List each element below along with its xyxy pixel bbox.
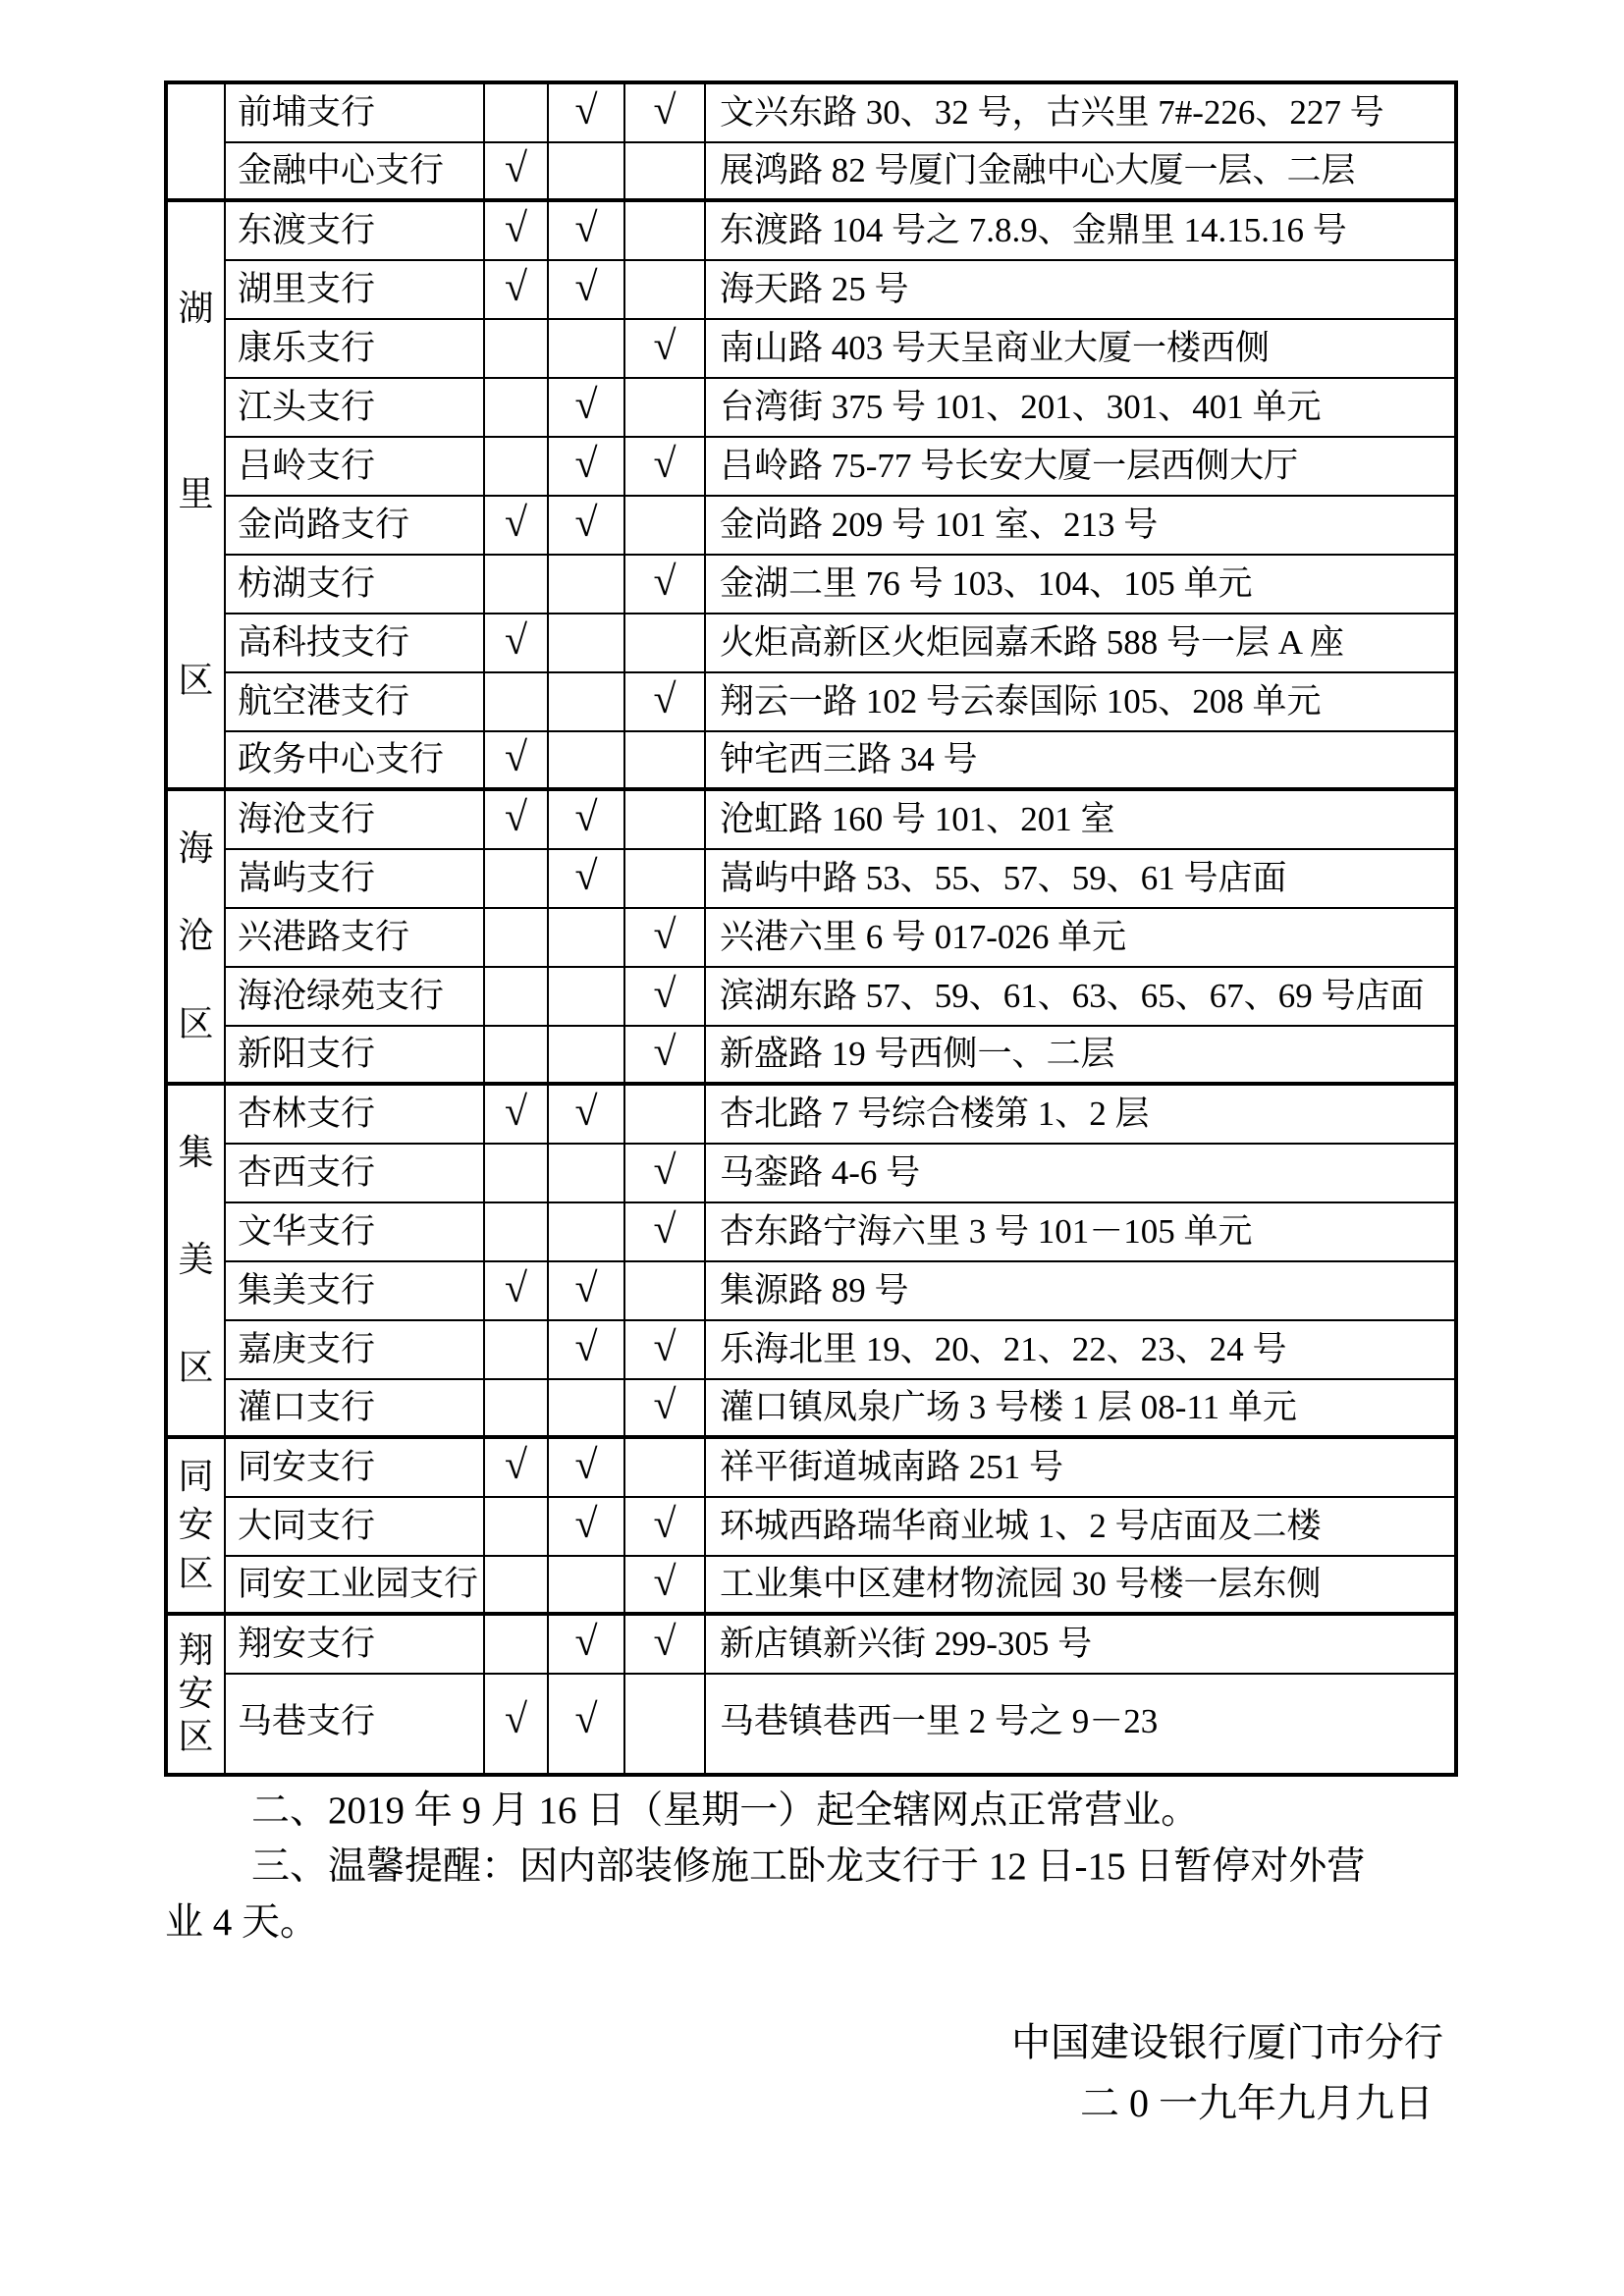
branch-name-cell: 灌口支行	[226, 1380, 485, 1439]
check-cell: √	[485, 1675, 549, 1773]
branch-name-cell: 马巷支行	[226, 1675, 485, 1773]
branch-name-cell: 文华支行	[226, 1203, 485, 1262]
branch-address-cell: 海天路 25 号	[706, 261, 1454, 320]
check-cell: √	[625, 1203, 706, 1262]
check-cell: √	[549, 850, 625, 909]
branch-name-cell: 湖里支行	[226, 261, 485, 320]
check-cell	[549, 320, 625, 379]
branch-name-cell: 同安工业园支行	[226, 1557, 485, 1616]
district-cell-jimei: 集 美 区	[168, 1086, 226, 1439]
check-cell	[485, 1145, 549, 1203]
district-char: 湖	[178, 289, 213, 329]
branch-address-cell: 祥平街道城南路 251 号	[706, 1439, 1454, 1498]
district-char: 区	[178, 1554, 213, 1594]
check-cell	[485, 556, 549, 614]
check-cell: √	[485, 202, 549, 261]
district-char: 安	[178, 1505, 213, 1545]
check-cell	[625, 1262, 706, 1321]
branch-address-cell: 文兴东路 30、32 号，古兴里 7#-226、227 号	[706, 84, 1454, 143]
branch-name-cell: 兴港路支行	[226, 909, 485, 968]
district-char: 区	[178, 661, 213, 701]
check-cell: √	[549, 1262, 625, 1321]
branch-address-cell: 兴港六里 6 号 017-026 单元	[706, 909, 1454, 968]
check-cell: √	[485, 497, 549, 556]
check-cell: √	[625, 673, 706, 732]
check-cell	[485, 673, 549, 732]
check-cell	[485, 1498, 549, 1557]
branch-name-cell: 枋湖支行	[226, 556, 485, 614]
check-cell	[549, 614, 625, 673]
branch-address-cell: 集源路 89 号	[706, 1262, 1454, 1321]
check-cell: √	[625, 438, 706, 497]
branch-address-cell: 环城西路瑞华商业城 1、2 号店面及二楼	[706, 1498, 1454, 1557]
note-3-line2: 业 4 天。	[165, 1895, 1461, 1950]
branch-address-cell: 马巷镇巷西一里 2 号之 9－23	[706, 1675, 1454, 1773]
check-cell: √	[625, 1557, 706, 1616]
check-cell	[549, 909, 625, 968]
check-cell	[485, 84, 549, 143]
district-char: 集	[178, 1133, 213, 1173]
check-cell	[549, 1380, 625, 1439]
branch-address-cell: 吕岭路 75-77 号长安大厦一层西侧大厅	[706, 438, 1454, 497]
notes-section: 二、2019 年 9 月 16 日（星期一）起全辖网点正常营业。 三、温馨提醒：…	[165, 1783, 1461, 1950]
check-cell	[549, 1027, 625, 1086]
check-cell: √	[625, 909, 706, 968]
signature-org: 中国建设银行厦门市分行	[1011, 2012, 1443, 2073]
check-cell	[549, 673, 625, 732]
branch-address-cell: 台湾街 375 号 101、201、301、401 单元	[706, 379, 1454, 438]
district-cell-empty	[168, 84, 226, 202]
branch-address-cell: 马銮路 4-6 号	[706, 1145, 1454, 1203]
check-cell: √	[485, 143, 549, 202]
district-char: 翔	[178, 1630, 213, 1671]
check-cell	[549, 732, 625, 791]
check-cell: √	[485, 261, 549, 320]
check-cell: √	[549, 1675, 625, 1773]
branch-address-cell: 沧虹路 160 号 101、201 室	[706, 791, 1454, 850]
district-char: 美	[178, 1240, 213, 1280]
branch-name-cell: 金融中心支行	[226, 143, 485, 202]
district-cell-xiangan: 翔 安 区	[168, 1616, 226, 1773]
branch-table: 湖 里 区 海 沧 区 集 美 区 同 安 区 翔 安 区 前埔支行 √ √ 文…	[164, 80, 1458, 1777]
note-2: 二、2019 年 9 月 16 日（星期一）起全辖网点正常营业。	[165, 1783, 1461, 1839]
check-cell	[625, 202, 706, 261]
district-char: 里	[178, 474, 213, 514]
check-cell	[625, 850, 706, 909]
district-cell-haicang: 海 沧 区	[168, 791, 226, 1086]
check-cell	[625, 1439, 706, 1498]
check-cell	[485, 1380, 549, 1439]
check-cell: √	[485, 1439, 549, 1498]
check-cell: √	[549, 1498, 625, 1557]
branch-name-cell: 高科技支行	[226, 614, 485, 673]
check-cell: √	[485, 614, 549, 673]
branch-address-cell: 嵩屿中路 53、55、57、59、61 号店面	[706, 850, 1454, 909]
check-cell	[625, 1675, 706, 1773]
district-char: 区	[178, 1004, 213, 1044]
branch-address-cell: 灌口镇凤泉广场 3 号楼 1 层 08-11 单元	[706, 1380, 1454, 1439]
branch-address-cell: 滨湖东路 57、59、61、63、65、67、69 号店面	[706, 968, 1454, 1027]
check-cell	[485, 968, 549, 1027]
check-cell: √	[549, 1439, 625, 1498]
branch-name-cell: 海沧支行	[226, 791, 485, 850]
branch-name-cell: 同安支行	[226, 1439, 485, 1498]
check-cell	[625, 261, 706, 320]
branch-name-cell: 金尚路支行	[226, 497, 485, 556]
branch-address-cell: 南山路 403 号天呈商业大厦一楼西侧	[706, 320, 1454, 379]
check-cell: √	[485, 791, 549, 850]
check-cell: √	[549, 791, 625, 850]
branch-name-cell: 航空港支行	[226, 673, 485, 732]
branch-name-cell: 海沧绿苑支行	[226, 968, 485, 1027]
branch-address-cell: 杏东路宁海六里 3 号 101－105 单元	[706, 1203, 1454, 1262]
check-cell: √	[625, 320, 706, 379]
branch-name-cell: 新阳支行	[226, 1027, 485, 1086]
check-cell	[625, 1086, 706, 1145]
check-cell	[549, 1557, 625, 1616]
check-cell: √	[485, 732, 549, 791]
check-cell	[625, 497, 706, 556]
check-cell	[625, 732, 706, 791]
branch-address-cell: 展鸿路 82 号厦门金融中心大厦一层、二层	[706, 143, 1454, 202]
district-cell-huli: 湖 里 区	[168, 202, 226, 791]
check-cell: √	[625, 968, 706, 1027]
check-cell	[625, 614, 706, 673]
check-cell: √	[625, 1498, 706, 1557]
branch-address-cell: 金尚路 209 号 101 室、213 号	[706, 497, 1454, 556]
check-cell: √	[549, 438, 625, 497]
check-cell: √	[485, 1086, 549, 1145]
branch-address-cell: 金湖二里 76 号 103、104、105 单元	[706, 556, 1454, 614]
check-cell: √	[549, 1086, 625, 1145]
check-cell: √	[549, 261, 625, 320]
check-cell	[485, 438, 549, 497]
check-cell	[485, 909, 549, 968]
check-cell	[485, 850, 549, 909]
signature-block: 中国建设银行厦门市分行 二 0 一九年九月九日	[1011, 2012, 1443, 2134]
check-cell	[625, 791, 706, 850]
check-cell: √	[549, 84, 625, 143]
branch-address-cell: 新盛路 19 号西侧一、二层	[706, 1027, 1454, 1086]
branch-name-cell: 前埔支行	[226, 84, 485, 143]
district-char: 同	[178, 1457, 213, 1497]
district-char: 海	[178, 828, 213, 869]
branch-address-cell: 钟宅西三路 34 号	[706, 732, 1454, 791]
branch-name-cell: 杏西支行	[226, 1145, 485, 1203]
check-cell: √	[549, 202, 625, 261]
check-cell: √	[549, 1616, 625, 1675]
check-cell	[485, 1321, 549, 1380]
check-cell	[485, 320, 549, 379]
check-cell: √	[625, 1616, 706, 1675]
check-cell	[485, 1557, 549, 1616]
check-cell: √	[625, 84, 706, 143]
branch-address-cell: 杏北路 7 号综合楼第 1、2 层	[706, 1086, 1454, 1145]
district-char: 安	[178, 1674, 213, 1714]
check-cell	[485, 379, 549, 438]
branch-name-cell: 翔安支行	[226, 1616, 485, 1675]
check-cell	[625, 143, 706, 202]
check-cell	[549, 1203, 625, 1262]
district-char: 区	[178, 1717, 213, 1757]
branch-name-cell: 嵩屿支行	[226, 850, 485, 909]
signature-date: 二 0 一九年九月九日	[1011, 2073, 1443, 2134]
check-cell: √	[625, 1321, 706, 1380]
check-cell	[485, 1616, 549, 1675]
branch-name-cell: 集美支行	[226, 1262, 485, 1321]
check-cell	[549, 1145, 625, 1203]
district-char: 沧	[178, 916, 213, 956]
branch-address-cell: 东渡路 104 号之 7.8.9、金鼎里 14.15.16 号	[706, 202, 1454, 261]
check-cell: √	[549, 379, 625, 438]
branch-address-cell: 翔云一路 102 号云泰国际 105、208 单元	[706, 673, 1454, 732]
check-cell	[549, 143, 625, 202]
check-cell: √	[485, 1262, 549, 1321]
branch-name-cell: 康乐支行	[226, 320, 485, 379]
branch-address-cell: 工业集中区建材物流园 30 号楼一层东侧	[706, 1557, 1454, 1616]
check-cell: √	[625, 1380, 706, 1439]
check-cell: √	[625, 556, 706, 614]
note-3-line1: 三、温馨提醒：因内部装修施工卧龙支行于 12 日-15 日暂停对外营	[165, 1839, 1461, 1895]
check-cell	[549, 556, 625, 614]
district-cell-tongan: 同 安 区	[168, 1439, 226, 1616]
branch-name-cell: 江头支行	[226, 379, 485, 438]
branch-address-cell: 火炬高新区火炬园嘉禾路 588 号一层 A 座	[706, 614, 1454, 673]
branch-name-cell: 东渡支行	[226, 202, 485, 261]
branch-name-cell: 杏林支行	[226, 1086, 485, 1145]
check-cell: √	[549, 1321, 625, 1380]
check-cell	[549, 968, 625, 1027]
branch-address-cell: 新店镇新兴街 299-305 号	[706, 1616, 1454, 1675]
district-char: 区	[178, 1348, 213, 1388]
branch-name-cell: 嘉庚支行	[226, 1321, 485, 1380]
document-page: 湖 里 区 海 沧 区 集 美 区 同 安 区 翔 安 区 前埔支行 √ √ 文…	[0, 0, 1624, 2296]
branch-address-cell: 乐海北里 19、20、21、22、23、24 号	[706, 1321, 1454, 1380]
check-cell: √	[625, 1027, 706, 1086]
check-cell	[625, 379, 706, 438]
branch-name-cell: 吕岭支行	[226, 438, 485, 497]
check-cell	[485, 1027, 549, 1086]
check-cell	[485, 1203, 549, 1262]
check-cell: √	[625, 1145, 706, 1203]
branch-name-cell: 政务中心支行	[226, 732, 485, 791]
check-cell: √	[549, 497, 625, 556]
branch-name-cell: 大同支行	[226, 1498, 485, 1557]
